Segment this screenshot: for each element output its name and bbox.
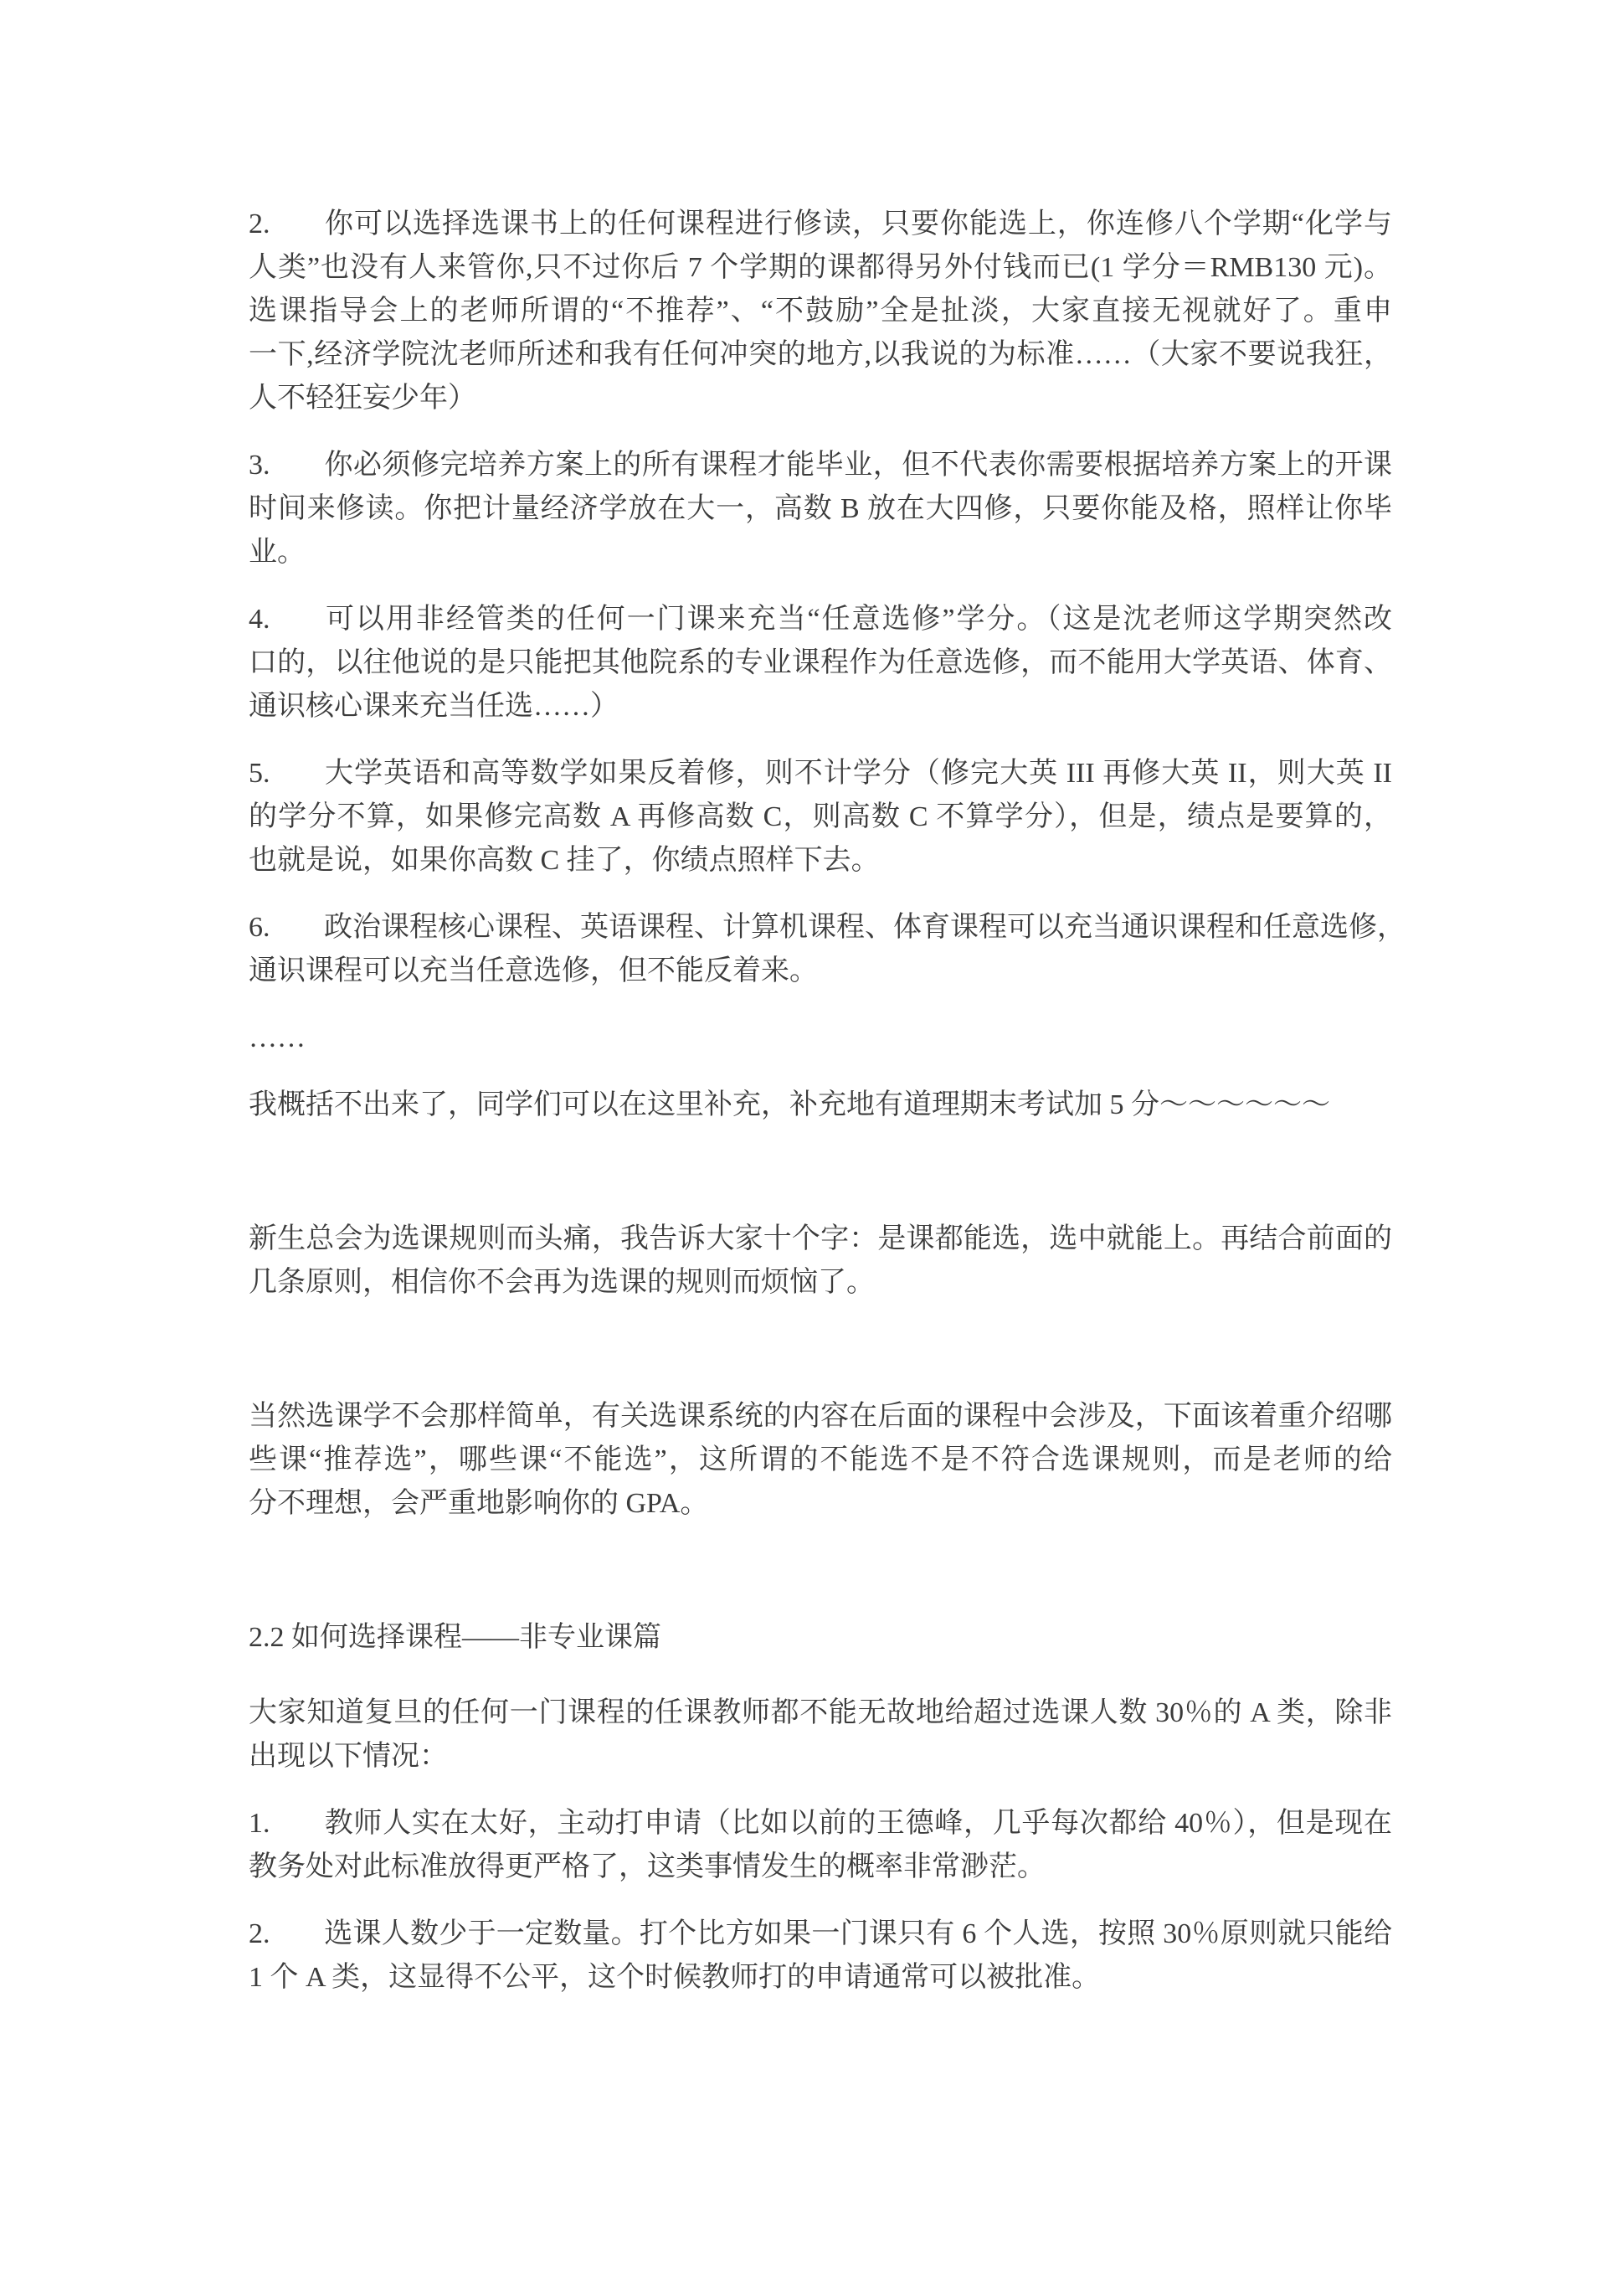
rule-item-2: 2.你可以选择选课书上的任何课程进行修读，只要你能选上，你连修八个学期“化学与 … bbox=[249, 203, 1392, 420]
text-line: 教务处对此标准放得更严格了，这类事情发生的概率非常渺茫。 bbox=[249, 1846, 1392, 1889]
blank-line bbox=[249, 1151, 1392, 1217]
text-line: 分不理想，会严重地影响你的 GPA。 bbox=[249, 1482, 1392, 1526]
text-line: 些课“推荐选”，哪些课“不能选”，这所谓的不能选不是不符合选课规则，而是老师的给 bbox=[249, 1439, 1392, 1482]
text-line: 当然选课学不会那样简单，有关选课系统的内容在后面的课程中会涉及，下面该着重介绍哪 bbox=[249, 1395, 1392, 1439]
text-line: 新生总会为选课规则而头痛，我告诉大家十个字：是课都能选，选中就能上。再结合前面的 bbox=[249, 1217, 1392, 1261]
text-line: 人不轻狂妄少年） bbox=[249, 377, 1392, 420]
text-line: 选课指导会上的老师所谓的“不推荐”、“不鼓励”全是扯淡，大家直接无视就好了。重申 bbox=[249, 290, 1392, 333]
text-run: 选课人数少于一定数量。打个比方如果一门课只有 6 个人选，按照 30％原则就只能… bbox=[324, 1918, 1392, 1949]
text-line: 2.2 如何选择课程——非专业课篇 bbox=[249, 1616, 1392, 1660]
text-line: 一下,经济学院沈老师所述和我有任何冲突的地方,以我说的为标准……（大家不要说我狂… bbox=[249, 333, 1392, 377]
summary-note-paragraph: 我概括不出来了，同学们可以在这里补充，补充地有道理期末考试加 5 分～～～～～～ bbox=[249, 1084, 1392, 1127]
list-number: 5. bbox=[249, 752, 324, 795]
text-line: 业。 bbox=[249, 531, 1392, 574]
rule-item-6: 6.政治课程核心课程、英语课程、计算机课程、体育课程可以充当通识课程和任意选修，… bbox=[249, 906, 1392, 993]
text-line: 4.可以用非经管类的任何一门课来充当“任意选修”学分。（这是沈老师这学期突然改 bbox=[249, 598, 1392, 641]
text-line: 口的，以往他说的是只能把其他院系的专业课程作为任意选修，而不能用大学英语、体育、 bbox=[249, 641, 1392, 685]
text-line: 3.你必须修完培养方案上的所有课程才能毕业，但不代表你需要根据培养方案上的开课 bbox=[249, 444, 1392, 487]
blank-line bbox=[249, 1328, 1392, 1395]
text-line: 6.政治课程核心课程、英语课程、计算机课程、体育课程可以充当通识课程和任意选修， bbox=[249, 906, 1392, 950]
text-run: 你必须修完培养方案上的所有课程才能毕业，但不代表你需要根据培养方案上的开课 bbox=[324, 450, 1392, 481]
list-number: 2. bbox=[249, 203, 324, 246]
list-number: 1. bbox=[249, 1802, 324, 1846]
text-run: 大学英语和高等数学如果反着修，则不计学分（修完大英 III 再修大英 II，则大… bbox=[324, 758, 1392, 789]
transition-paragraph: 当然选课学不会那样简单，有关选课系统的内容在后面的课程中会涉及，下面该着重介绍哪… bbox=[249, 1395, 1392, 1526]
text-line: 1 个 A 类，这显得不公平，这个时候教师打的申请通常可以被批准。 bbox=[249, 1956, 1392, 2000]
rule-item-3: 3.你必须修完培养方案上的所有课程才能毕业，但不代表你需要根据培养方案上的开课 … bbox=[249, 444, 1392, 574]
text-line: 也就是说，如果你高数 C 挂了，你绩点照样下去。 bbox=[249, 839, 1392, 883]
text-line: 的学分不算，如果修完高数 A 再修高数 C，则高数 C 不算学分），但是，绩点是… bbox=[249, 795, 1392, 839]
ellipsis-paragraph: …… bbox=[249, 1017, 1392, 1060]
text-line: 时间来修读。你把计量经济学放在大一，高数 B 放在大四修，只要你能及格，照样让你… bbox=[249, 487, 1392, 531]
text-line: 通识课程可以充当任意选修，但不能反着来。 bbox=[249, 950, 1392, 993]
text-line: 我概括不出来了，同学们可以在这里补充，补充地有道理期末考试加 5 分～～～～～～ bbox=[249, 1084, 1392, 1127]
list-number: 6. bbox=[249, 906, 324, 950]
text-run: 政治课程核心课程、英语课程、计算机课程、体育课程可以充当通识课程和任意选修， bbox=[324, 912, 1406, 943]
list-number: 4. bbox=[249, 598, 324, 641]
exception-item-1: 1.教师人实在太好，主动打申请（比如以前的王德峰，几乎每次都给 40％），但是现… bbox=[249, 1802, 1392, 1889]
blank-line bbox=[249, 1549, 1392, 1616]
rule-item-4: 4.可以用非经管类的任何一门课来充当“任意选修”学分。（这是沈老师这学期突然改 … bbox=[249, 598, 1392, 728]
text-line: 大家知道复旦的任何一门课程的任课教师都不能无故地给超过选课人数 30％的 A 类… bbox=[249, 1691, 1392, 1735]
text-run: 你可以选择选课书上的任何课程进行修读，只要你能选上，你连修八个学期“化学与 bbox=[324, 208, 1392, 239]
grading-intro-paragraph: 大家知道复旦的任何一门课程的任课教师都不能无故地给超过选课人数 30％的 A 类… bbox=[249, 1691, 1392, 1779]
text-line: …… bbox=[249, 1017, 1392, 1060]
text-line: 通识核心课来充当任选……） bbox=[249, 685, 1392, 728]
section-heading: 2.2 如何选择课程——非专业课篇 bbox=[249, 1616, 1392, 1660]
text-line: 1.教师人实在太好，主动打申请（比如以前的王德峰，几乎每次都给 40％），但是现… bbox=[249, 1802, 1392, 1846]
freshman-note-paragraph: 新生总会为选课规则而头痛，我告诉大家十个字：是课都能选，选中就能上。再结合前面的… bbox=[249, 1217, 1392, 1305]
text-line: 出现以下情况： bbox=[249, 1735, 1392, 1779]
exception-item-2: 2.选课人数少于一定数量。打个比方如果一门课只有 6 个人选，按照 30％原则就… bbox=[249, 1912, 1392, 2000]
text-line: 5.大学英语和高等数学如果反着修，则不计学分（修完大英 III 再修大英 II，… bbox=[249, 752, 1392, 795]
document-page: 2.你可以选择选课书上的任何课程进行修读，只要你能选上，你连修八个学期“化学与 … bbox=[0, 0, 1624, 2296]
text-run: 可以用非经管类的任何一门课来充当“任意选修”学分。（这是沈老师这学期突然改 bbox=[324, 604, 1392, 635]
rule-item-5: 5.大学英语和高等数学如果反着修，则不计学分（修完大英 III 再修大英 II，… bbox=[249, 752, 1392, 883]
text-line: 人类”也没有人来管你,只不过你后 7 个学期的课都得另外付钱而已(1 学分＝RM… bbox=[249, 246, 1392, 290]
text-line: 2.你可以选择选课书上的任何课程进行修读，只要你能选上，你连修八个学期“化学与 bbox=[249, 203, 1392, 246]
text-run: 教师人实在太好，主动打申请（比如以前的王德峰，几乎每次都给 40％），但是现在 bbox=[324, 1808, 1392, 1839]
list-number: 3. bbox=[249, 444, 324, 487]
text-line: 几条原则，相信你不会再为选课的规则而烦恼了。 bbox=[249, 1261, 1392, 1305]
text-line: 2.选课人数少于一定数量。打个比方如果一门课只有 6 个人选，按照 30％原则就… bbox=[249, 1912, 1392, 1956]
list-number: 2. bbox=[249, 1912, 324, 1956]
